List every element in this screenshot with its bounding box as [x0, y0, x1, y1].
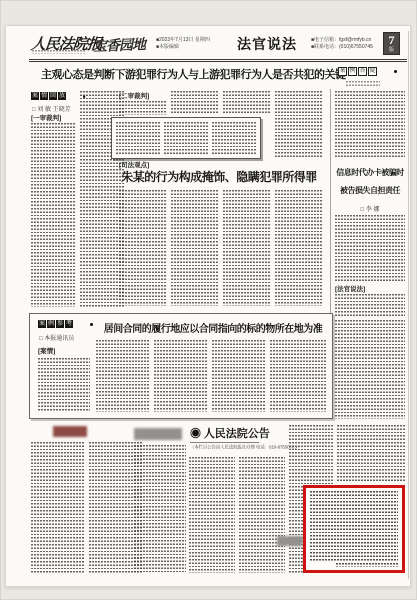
contract-label-char: 参 — [56, 320, 64, 328]
main-headline: 主观心态是判断下游犯罪行为人与上游犯罪行为人是否共犯的关键 — [41, 66, 337, 82]
article1-label-char: 案 — [31, 92, 39, 100]
contract-label-char: 案 — [38, 320, 46, 328]
corner-section-label: 案 例 答 疑 — [338, 67, 397, 76]
page-edge-line — [408, 31, 409, 579]
text-column — [171, 190, 219, 306]
court-announcements-title: ◉ 人民法院公告 — [190, 425, 270, 441]
redacted-label — [53, 426, 87, 437]
text-column — [119, 101, 167, 115]
article1-tag-first: [一审裁判] — [31, 113, 61, 122]
article1-section-label: 案 情 回 放 — [31, 92, 86, 100]
article1-label-char: 情 — [40, 92, 48, 100]
corner-label-caption — [346, 81, 380, 86]
text-column — [38, 358, 90, 412]
contract-label-char: 例 — [47, 320, 55, 328]
article1-tag-second: [二审裁判] — [119, 91, 149, 100]
text-column — [31, 442, 85, 573]
text-column — [31, 123, 76, 307]
label-dot — [394, 70, 397, 73]
contract-article-box: 案 例 参 考 □ 本报通讯员 [案情] 居间合同的履行地应以合同指向的标的物所… — [29, 313, 333, 419]
sidebar-headline-line2: 被告损失自担责任 — [335, 182, 405, 200]
contract-byline: □ 本报通讯员 — [39, 333, 74, 342]
redacted-patch — [277, 536, 303, 546]
text-column — [119, 190, 167, 306]
header-editor-line: ■本版编辑 — [156, 44, 210, 51]
text-column — [116, 122, 160, 154]
corner-label-char: 疑 — [368, 67, 377, 76]
article1-byline: □ 刘 敏 王晓芳 — [32, 104, 71, 113]
text-column — [335, 320, 405, 419]
page-number-unit: 版 — [384, 48, 399, 53]
header-date-line: ■2023年7月13日 星期四 — [156, 37, 210, 44]
article1-label-char: 回 — [49, 92, 57, 100]
text-column — [154, 340, 208, 412]
text-column — [223, 91, 271, 115]
header-date-block: ■2023年7月13日 星期四 ■本版编辑 — [156, 37, 210, 51]
text-column — [275, 190, 323, 306]
header-phone-line: ■联系电话：(010)67550745 — [311, 44, 373, 51]
announcement-title-text: 人民法院公告 — [204, 428, 270, 440]
text-column — [212, 340, 266, 412]
sidebar-headline: 信息时代办卡被骗时 被告损失自担责任 — [335, 164, 405, 200]
corner-label-char: 案 — [338, 67, 347, 76]
text-column — [337, 425, 405, 481]
text-column — [96, 340, 150, 412]
text-column — [189, 457, 235, 573]
redacted-heading — [134, 428, 182, 440]
text-column — [223, 190, 271, 306]
section-title: 法官说法 — [237, 34, 297, 54]
red-notice-box — [303, 485, 405, 573]
text-column — [212, 122, 256, 154]
header-email-line: ■电子信箱：fgsf@rmfyb.cn — [311, 37, 373, 44]
sidebar-headline-line1: 信息时代办卡被骗时 — [335, 164, 405, 182]
contract-section-label: 案 例 参 考 — [38, 320, 93, 328]
corner-label-char: 答 — [358, 67, 367, 76]
text-column — [275, 91, 323, 157]
notice-signature-line — [336, 563, 398, 567]
masthead-pinyin-line — [32, 50, 86, 54]
page-number: 7 — [384, 33, 399, 48]
text-column — [164, 122, 208, 154]
contract-tag: [案情] — [38, 346, 55, 355]
page-number-badge: 7 版 — [383, 32, 400, 55]
article2-headline: 朱某的行为构成掩饰、隐瞒犯罪所得罪 — [113, 168, 325, 185]
sidebar-byline: □ 李 娜 — [335, 204, 405, 213]
text-column — [270, 340, 326, 412]
newspaper-scan: 人民法院报 宝香园地 ■2023年7月13日 星期四 ■本版编辑 法官说法 ■电… — [0, 0, 417, 600]
text-column — [134, 445, 186, 573]
sidebar-tag: [法官说法] — [335, 284, 365, 293]
text-column — [335, 91, 405, 159]
article1-label-char: 放 — [58, 92, 66, 100]
court-announcements-subtitle: （本栏目公告由人民法院报社办理 电话：010-67550885） — [190, 442, 259, 450]
contract-label-char: 考 — [65, 320, 73, 328]
corner-label-char: 例 — [348, 67, 357, 76]
text-column — [335, 294, 405, 316]
announcement-emblem-icon: ◉ — [190, 428, 201, 440]
header-rule — [29, 59, 407, 62]
label-dot — [90, 323, 93, 326]
masthead-script-title: 宝香园地 — [93, 34, 146, 56]
inset-box-article — [111, 117, 261, 159]
text-column — [335, 215, 405, 281]
notice-text — [310, 491, 398, 561]
contract-headline: 居间合同的履行地应以合同指向的标的物所在地为准 — [100, 320, 326, 335]
text-column — [239, 457, 285, 573]
text-column — [171, 91, 219, 115]
header-contact-block: ■电子信箱：fgsf@rmfyb.cn ■联系电话：(010)67550745 — [311, 37, 373, 51]
